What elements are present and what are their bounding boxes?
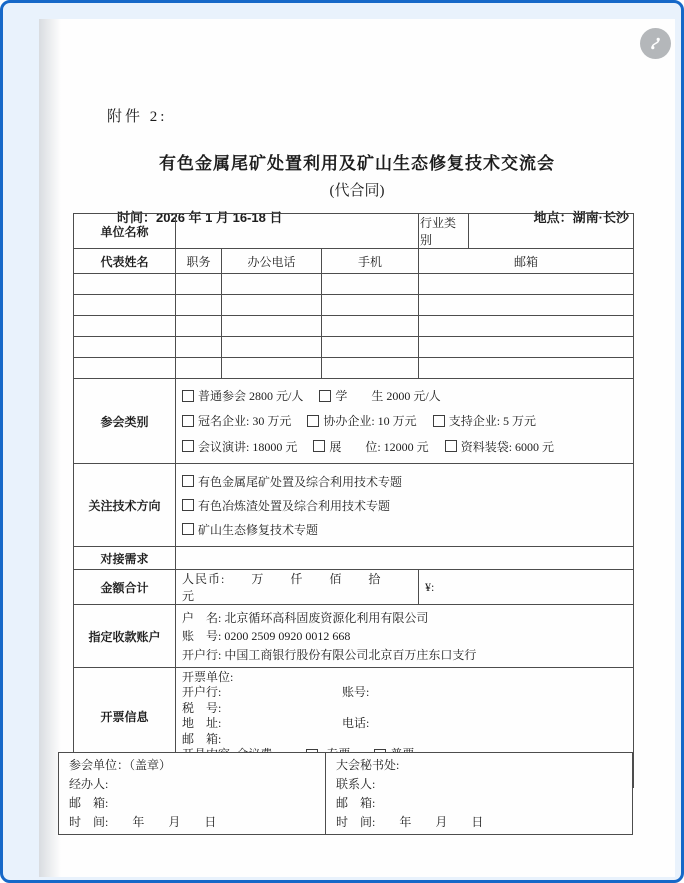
amount-label: 金额合计: [74, 570, 176, 605]
payee-row: 指定收款账户 户 名: 北京循环高科固废资源化利用有限公司 账 号: 0200 …: [74, 605, 634, 668]
checkbox-icon[interactable]: [182, 390, 194, 402]
rep-mobile-cell: [322, 316, 419, 337]
checkbox-option[interactable]: 会议演讲: 18000 元: [182, 438, 297, 455]
option-label: 矿山生态修复技术专题: [198, 521, 318, 538]
mobile-header: 手机: [322, 249, 419, 274]
checkbox-option[interactable]: 资料装袋: 6000 元: [445, 438, 554, 455]
rep-office-phone-cell: [222, 295, 322, 316]
invoice-phone-label: 电话:: [342, 716, 369, 731]
rep-blank-row: [74, 274, 634, 295]
attendee-date-label: 时 间: 年 月 日: [69, 813, 315, 832]
checkbox-icon[interactable]: [182, 415, 194, 427]
attendee-unit-label: 参会单位：（盖章）: [69, 756, 315, 775]
invoice-address-line: 地 址: 电话:: [182, 716, 627, 731]
doc-subtitle: (代合同): [39, 179, 675, 200]
needs-label: 对接需求: [74, 547, 176, 570]
checkbox-icon[interactable]: [182, 499, 194, 511]
signature-block: 参会单位：（盖章） 经办人: 邮 箱: 时 间: 年 月 日 大会秘书处: 联系…: [58, 752, 633, 835]
checkbox-option[interactable]: 普通参会 2800 元/人: [182, 387, 303, 404]
checkbox-option[interactable]: 矿山生态修复技术专题: [182, 521, 627, 538]
rep-title-cell: [176, 316, 222, 337]
option-label: 学 生 2000 元/人: [335, 387, 440, 404]
option-label: 有色金属尾矿处置及综合利用技术专题: [198, 473, 402, 490]
checkbox-option[interactable]: 学 生 2000 元/人: [319, 387, 440, 404]
focus-options: 有色金属尾矿处置及综合利用技术专题 有色冶炼渣处置及综合利用技术专题 矿山生态修…: [182, 464, 627, 546]
payee-account-name: 户 名: 北京循环高科固废资源化利用有限公司: [182, 609, 627, 626]
option-label: 会议演讲: 18000 元: [198, 438, 297, 455]
secretariat-label: 大会秘书处:: [336, 756, 622, 775]
attendee-email-label: 邮 箱:: [69, 794, 315, 813]
amount-numeric: ¥:: [419, 570, 634, 605]
floating-action-button[interactable]: [640, 28, 671, 59]
amount-row: 金额合计 人民币: 万 仟 佰 拾 元 ¥:: [74, 570, 634, 605]
rep-email-cell: [419, 295, 634, 316]
rep-name-cell: [74, 316, 176, 337]
checkbox-option[interactable]: 有色金属尾矿处置及综合利用技术专题: [182, 473, 627, 490]
email-header: 邮箱: [419, 249, 634, 274]
unit-name-value-cell: [176, 214, 419, 249]
rep-name-cell: [74, 358, 176, 379]
invoice-unit-line: 开票单位:: [182, 670, 627, 685]
rep-blank-row: [74, 358, 634, 379]
rep-title-cell: [176, 337, 222, 358]
secretariat-signature-column: 大会秘书处: 联系人: 邮 箱: 时 间: 年 月 日: [326, 753, 632, 834]
checkbox-icon[interactable]: [445, 440, 457, 452]
rep-office-phone-cell: [222, 316, 322, 337]
rep-title-cell: [176, 358, 222, 379]
checkbox-icon[interactable]: [182, 475, 194, 487]
rep-blank-row: [74, 295, 634, 316]
rep-mobile-cell: [322, 295, 419, 316]
rep-blank-row: [74, 316, 634, 337]
rep-title-cell: [176, 295, 222, 316]
s-curve-link-icon: [647, 35, 664, 52]
rep-email-cell: [419, 274, 634, 295]
invoice-lines: 开票单位: 开户行: 账号: 税 号: 地 址: 电话: 邮 箱: 开具内容: …: [182, 668, 627, 764]
payee-label: 指定收款账户: [74, 605, 176, 668]
checkbox-option[interactable]: 协办企业: 10 万元: [307, 412, 416, 429]
checkbox-option[interactable]: 支持企业: 5 万元: [433, 412, 536, 429]
category-label: 参会类别: [74, 379, 176, 464]
rep-office-phone-cell: [222, 358, 322, 379]
needs-value-cell: [176, 547, 634, 570]
checkbox-icon[interactable]: [319, 390, 331, 402]
payee-lines: 户 名: 北京循环高科固废资源化利用有限公司 账 号: 0200 2509 09…: [182, 605, 627, 667]
checkbox-icon[interactable]: [433, 415, 445, 427]
category-line: 冠名企业: 30 万元 协办企业: 10 万元 支持企业: 5 万元: [182, 412, 627, 429]
registration-table: 单位名称 行业类别 代表姓名 职务 办公电话 手机 邮箱: [73, 213, 634, 788]
rep-name-cell: [74, 274, 176, 295]
checkbox-icon[interactable]: [182, 523, 194, 535]
rep-title-cell: [176, 274, 222, 295]
invoice-label: 开票信息: [74, 668, 176, 765]
checkbox-icon[interactable]: [313, 440, 325, 452]
option-label: 有色冶炼渣处置及综合利用技术专题: [198, 497, 390, 514]
industry-type-label: 行业类别: [419, 214, 469, 249]
attachment-label: 附件 2:: [107, 105, 167, 126]
focus-options-cell: 有色金属尾矿处置及综合利用技术专题 有色冶炼渣处置及综合利用技术专题 矿山生态修…: [176, 464, 634, 547]
doc-title: 有色金属尾矿处置利用及矿山生态修复技术交流会: [39, 149, 675, 174]
category-line: 普通参会 2800 元/人 学 生 2000 元/人: [182, 387, 627, 404]
category-options-cell: 普通参会 2800 元/人 学 生 2000 元/人 冠名企业: 30 万元 协…: [176, 379, 634, 464]
checkbox-option[interactable]: 有色冶炼渣处置及综合利用技术专题: [182, 497, 627, 514]
attendee-signature-column: 参会单位：（盖章） 经办人: 邮 箱: 时 间: 年 月 日: [59, 753, 326, 834]
rep-name-header: 代表姓名: [74, 249, 176, 274]
rep-name-cell: [74, 337, 176, 358]
checkbox-option[interactable]: 展 位: 12000 元: [313, 438, 428, 455]
document-page: 附件 2: 有色金属尾矿处置利用及矿山生态修复技术交流会 (代合同) 时间：20…: [39, 19, 675, 877]
secretariat-contact-label: 联系人:: [336, 775, 622, 794]
option-label: 冠名企业: 30 万元: [198, 412, 291, 429]
option-label: 资料装袋: 6000 元: [461, 438, 554, 455]
focus-row: 关注技术方向 有色金属尾矿处置及综合利用技术专题 有色冶炼渣处置及综合利用技术专…: [74, 464, 634, 547]
attendee-handler-label: 经办人:: [69, 775, 315, 794]
rep-email-cell: [419, 337, 634, 358]
option-label: 普通参会 2800 元/人: [198, 387, 303, 404]
amount-in-words: 人民币: 万 仟 佰 拾 元: [176, 570, 419, 605]
rep-mobile-cell: [322, 337, 419, 358]
invoice-tax-line: 税 号:: [182, 701, 627, 716]
invoice-address-label: 地 址:: [182, 716, 342, 731]
focus-label: 关注技术方向: [74, 464, 176, 547]
invoice-bank-line: 开户行: 账号:: [182, 685, 627, 700]
secretariat-date-label: 时 间: 年 月 日: [336, 813, 622, 832]
rep-name-cell: [74, 295, 176, 316]
screenshot-frame: 附件 2: 有色金属尾矿处置利用及矿山生态修复技术交流会 (代合同) 时间：20…: [0, 0, 684, 883]
office-phone-header: 办公电话: [222, 249, 322, 274]
secretariat-email-label: 邮 箱:: [336, 794, 622, 813]
payee-bank: 开户行: 中国工商银行股份有限公司北京百万庄东口支行: [182, 646, 627, 663]
invoice-bank-label: 开户行:: [182, 685, 342, 700]
payee-account-number: 账 号: 0200 2509 0920 0012 668: [182, 627, 627, 644]
rep-email-cell: [419, 316, 634, 337]
checkbox-icon[interactable]: [182, 440, 194, 452]
invoice-email-line: 邮 箱:: [182, 732, 627, 747]
rep-email-cell: [419, 358, 634, 379]
unit-row: 单位名称 行业类别: [74, 214, 634, 249]
needs-row: 对接需求: [74, 547, 634, 570]
option-label: 展 位: 12000 元: [329, 438, 428, 455]
payee-account-cell: 户 名: 北京循环高科固废资源化利用有限公司 账 号: 0200 2509 09…: [176, 605, 634, 668]
unit-name-label: 单位名称: [74, 214, 176, 249]
invoice-account-label: 账号:: [342, 685, 369, 700]
rep-header-row: 代表姓名 职务 办公电话 手机 邮箱: [74, 249, 634, 274]
option-label: 支持企业: 5 万元: [449, 412, 536, 429]
checkbox-icon[interactable]: [307, 415, 319, 427]
checkbox-option[interactable]: 冠名企业: 30 万元: [182, 412, 291, 429]
rep-office-phone-cell: [222, 337, 322, 358]
rep-title-header: 职务: [176, 249, 222, 274]
option-label: 协办企业: 10 万元: [323, 412, 416, 429]
rep-blank-row: [74, 337, 634, 358]
category-options: 普通参会 2800 元/人 学 生 2000 元/人 冠名企业: 30 万元 协…: [182, 379, 627, 463]
rep-mobile-cell: [322, 358, 419, 379]
category-row: 参会类别 普通参会 2800 元/人 学 生 2000 元/人 冠名企业: 30…: [74, 379, 634, 464]
invoice-row: 开票信息 开票单位: 开户行: 账号: 税 号: 地 址: 电话: 邮: [74, 668, 634, 765]
category-line: 会议演讲: 18000 元 展 位: 12000 元 资料装袋: 6000 元: [182, 438, 627, 455]
rep-office-phone-cell: [222, 274, 322, 295]
rep-mobile-cell: [322, 274, 419, 295]
invoice-info-cell: 开票单位: 开户行: 账号: 税 号: 地 址: 电话: 邮 箱: 开具内容: …: [176, 668, 634, 765]
industry-type-value-cell: [469, 214, 634, 249]
